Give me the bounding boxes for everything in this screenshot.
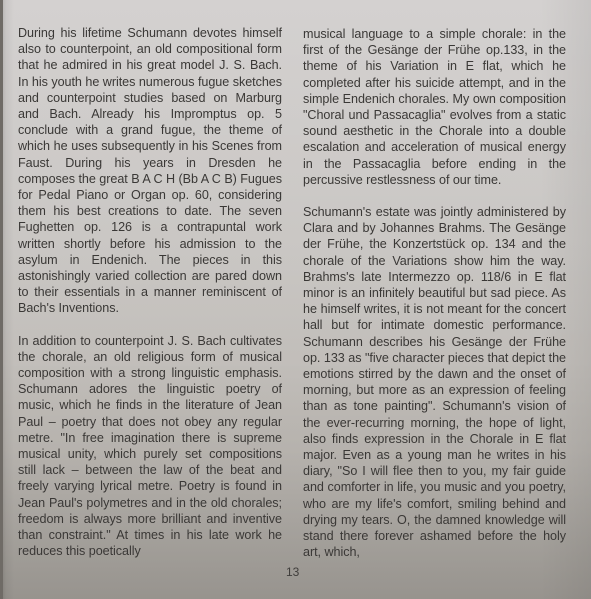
paragraph-chorale: In addition to counterpoint J. S. Bach c… <box>18 333 282 560</box>
page-binding-edge <box>0 0 3 599</box>
text-column-right: musical language to a simple chorale: in… <box>303 26 566 577</box>
text-column-left: During his lifetime Schumann devotes him… <box>18 25 282 576</box>
paragraph-schumann-estate: Schumann's estate was jointly administer… <box>303 204 566 560</box>
booklet-page: During his lifetime Schumann devotes him… <box>0 0 591 599</box>
page-number: 13 <box>286 565 299 579</box>
paragraph-musical-language: musical language to a simple chorale: in… <box>303 26 566 188</box>
paragraph-counterpoint: During his lifetime Schumann devotes him… <box>18 25 282 317</box>
